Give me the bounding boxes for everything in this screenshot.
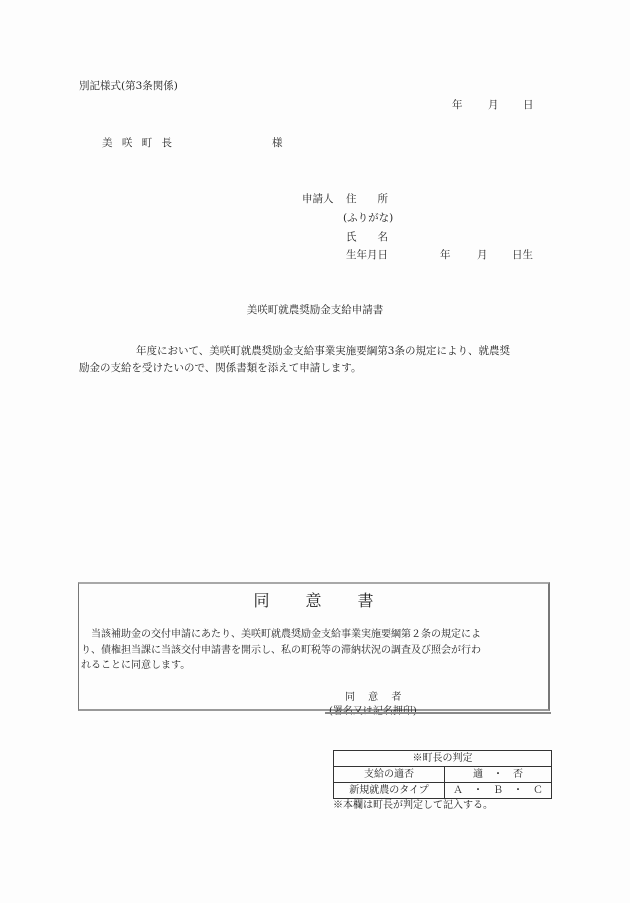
table-row: 支給の適否 適 ・ 否 (334, 767, 552, 783)
body-line-1: 年度において、美咲町就農奨励金支給事業実施要綱第3条の規定により、就農奨 (79, 343, 555, 360)
eligibility-value[interactable]: 適 ・ 否 (445, 767, 552, 783)
furigana-label: (ふりがな) (343, 213, 393, 224)
consent-title-char: 意 (305, 588, 321, 611)
form-identifier: 別記様式(第3条関係) (79, 81, 178, 92)
consent-line-1: 当該補助金の交付申請にあたり、美咲町就農奨励金支給事業実施要綱第２条の規定によ (81, 627, 547, 643)
consent-title-char: 同 (253, 588, 269, 611)
judgment-header: ※町長の判定 (334, 751, 552, 767)
applicant-label: 申請人 (302, 194, 334, 205)
birth-day-label: 日生 (512, 250, 533, 261)
application-body: 年度において、美咲町就農奨励金支給事業実施要綱第3条の規定により、就農奨 励金の… (79, 343, 555, 377)
name-label: 氏 名 (346, 232, 388, 243)
body-line-2: 励金の支給を受けたいので、関係書類を添えて申請します。 (79, 360, 555, 377)
addressee-name: 美 咲 町 長 (102, 138, 175, 149)
birth-month-label: 月 (477, 250, 488, 261)
document-title: 美咲町就農奨励金支給申請書 (0, 305, 630, 316)
addressee-honorific: 様 (272, 138, 283, 149)
birth-year-label: 年 (440, 250, 451, 261)
date-day-label: 日 (523, 100, 534, 111)
farmer-type-value[interactable]: Ａ ・ Ｂ ・ Ｃ (445, 783, 552, 799)
farmer-type-label: 新規就農のタイプ (334, 783, 445, 799)
date-month-label: 月 (488, 100, 499, 111)
birthdate-label: 生年月日 (346, 250, 388, 261)
judgment-note: ※本欄は町長が判定して記入する。 (333, 801, 493, 811)
signature-line[interactable] (325, 712, 551, 714)
address-label: 住 所 (346, 194, 388, 205)
table-row: 新規就農のタイプ Ａ ・ Ｂ ・ Ｃ (334, 783, 552, 799)
eligibility-label: 支給の適否 (334, 767, 445, 783)
consenter-label: 同 意 者 (345, 688, 406, 703)
signature-note: (署名又は記名押印) (329, 702, 417, 717)
table-row: ※町長の判定 (334, 751, 552, 767)
consent-text: 当該補助金の交付申請にあたり、美咲町就農奨励金支給事業実施要綱第２条の規定によ … (81, 627, 547, 674)
consent-line-3: れることに同意します。 (81, 658, 547, 674)
mayor-judgment-table: ※町長の判定 支給の適否 適 ・ 否 新規就農のタイプ Ａ ・ Ｂ ・ Ｃ (333, 750, 552, 799)
consent-line-2: り、債権担当課に当該交付申請書を開示し、私の町税等の滞納状況の調査及び照会が行わ (81, 643, 547, 659)
consent-title-char: 書 (358, 588, 374, 611)
consent-section: 同意書 当該補助金の交付申請にあたり、美咲町就農奨励金支給事業実施要綱第２条の規… (78, 582, 550, 711)
date-year-label: 年 (452, 100, 463, 111)
consent-title: 同意書 (79, 588, 548, 611)
